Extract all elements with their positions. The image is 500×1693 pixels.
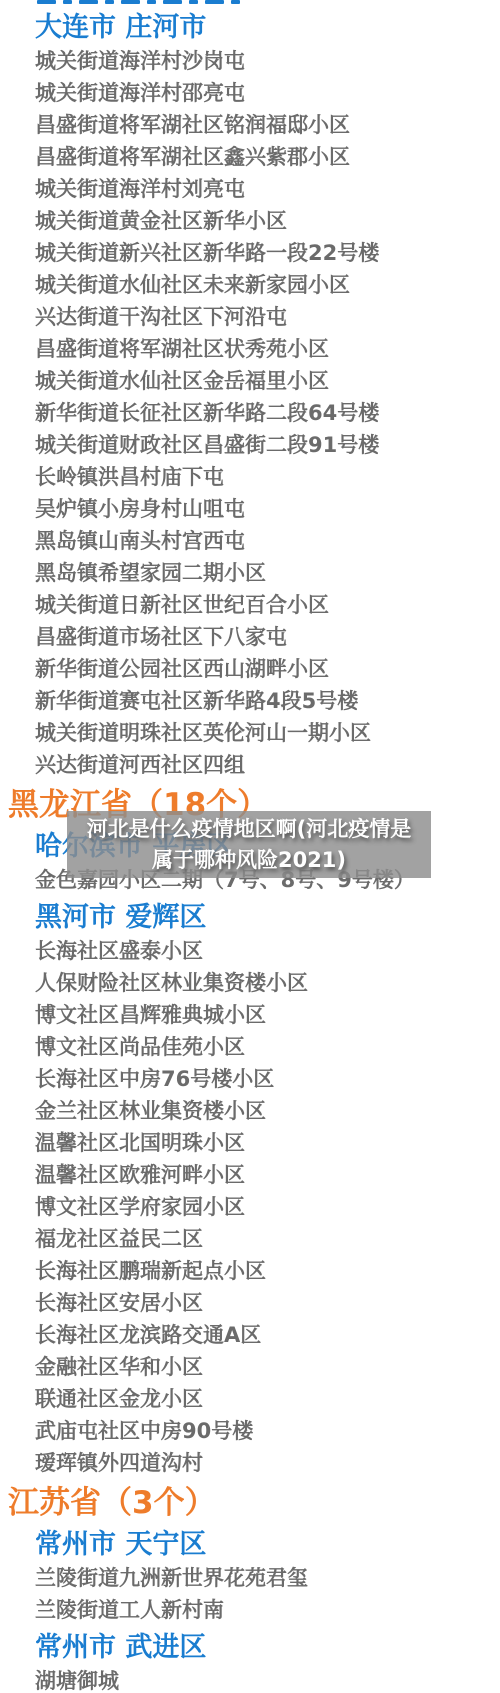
city-heading: 常州市 天宁区 <box>0 1527 500 1562</box>
list-item: 长海社区鹏瑞新起点小区 <box>0 1255 500 1287</box>
list-item: 新华街道赛屯社区新华路4段5号楼 <box>0 685 500 717</box>
list-item: 博文社区昌辉雅典城小区 <box>0 999 500 1031</box>
list-item: 金兰社区林业集资楼小区 <box>0 1095 500 1127</box>
city-heading: 常州市 武进区 <box>0 1630 500 1665</box>
list-item: 温馨社区北国明珠小区 <box>0 1127 500 1159</box>
city-heading: 大连市 庄河市 <box>0 10 500 45</box>
article-title-line2: 属于哪种风险2021) <box>67 845 431 876</box>
list-item: 金融社区华和小区 <box>0 1351 500 1383</box>
list-item: 黑岛镇山南头村宫西屯 <box>0 525 500 557</box>
article-title-line1: 河北是什么疫情地区啊(河北疫情是 <box>67 814 431 845</box>
list-item: 吴炉镇小房身村山咀屯 <box>0 493 500 525</box>
list-item: 长海社区安居小区 <box>0 1287 500 1319</box>
list-item: 兴达街道干沟社区下河沿屯 <box>0 301 500 333</box>
list-item: 人保财险社区林业集资楼小区 <box>0 967 500 999</box>
list-item: 城关街道日新社区世纪百合小区 <box>0 589 500 621</box>
clipped-heading-fragment <box>37 0 240 4</box>
list-item: 城关街道水仙社区未来新家园小区 <box>0 269 500 301</box>
list-item: 城关街道海洋村沙岗屯 <box>0 45 500 77</box>
list-item: 新华街道长征社区新华路二段64号楼 <box>0 397 500 429</box>
list-item: 博文社区学府家园小区 <box>0 1191 500 1223</box>
list-item: 昌盛街道将军湖社区铭润福邸小区 <box>0 109 500 141</box>
list-item: 兴达街道河西社区四组 <box>0 749 500 781</box>
list-item: 湖塘御城 <box>0 1665 500 1693</box>
article-title-overlay: 河北是什么疫情地区啊(河北疫情是 属于哪种风险2021) <box>67 811 431 878</box>
list-item: 兰陵街道九洲新世界花苑君玺 <box>0 1562 500 1594</box>
list-item: 武庙屯社区中房90号楼 <box>0 1415 500 1447</box>
list-item: 长海社区盛泰小区 <box>0 935 500 967</box>
list-item: 黑岛镇希望家园二期小区 <box>0 557 500 589</box>
province-heading: 江苏省（3个） <box>0 1483 500 1523</box>
list-item: 长海社区龙滨路交通A区 <box>0 1319 500 1351</box>
list-item: 城关街道水仙社区金岳福里小区 <box>0 365 500 397</box>
list-item: 昌盛街道将军湖社区状秀苑小区 <box>0 333 500 365</box>
list-item: 博文社区尚品佳苑小区 <box>0 1031 500 1063</box>
list-item: 城关街道海洋村邵亮屯 <box>0 77 500 109</box>
list-item: 城关街道明珠社区英伦河山一期小区 <box>0 717 500 749</box>
city-heading: 黑河市 爱辉区 <box>0 900 500 935</box>
list-item: 城关街道新兴社区新华路一段22号楼 <box>0 237 500 269</box>
list-item: 新华街道公园社区西山湖畔小区 <box>0 653 500 685</box>
list-item: 城关街道财政社区昌盛街二段91号楼 <box>0 429 500 461</box>
list-item: 长岭镇洪昌村庙下屯 <box>0 461 500 493</box>
list-item: 福龙社区益民二区 <box>0 1223 500 1255</box>
article-page: 大连市 庄河市城关街道海洋村沙岗屯城关街道海洋村邵亮屯昌盛街道将军湖社区铭润福邸… <box>0 0 500 1693</box>
list-item: 瑷珲镇外四道沟村 <box>0 1447 500 1479</box>
list-item: 联通社区金龙小区 <box>0 1383 500 1415</box>
list-item: 长海社区中房76号楼小区 <box>0 1063 500 1095</box>
list-item: 昌盛街道将军湖社区鑫兴紫郡小区 <box>0 141 500 173</box>
list-item: 城关街道海洋村刘亮屯 <box>0 173 500 205</box>
list-item: 兰陵街道工人新村南 <box>0 1594 500 1626</box>
list-item: 城关街道黄金社区新华小区 <box>0 205 500 237</box>
list-item: 温馨社区欧雅河畔小区 <box>0 1159 500 1191</box>
list-item: 昌盛街道市场社区下八家屯 <box>0 621 500 653</box>
